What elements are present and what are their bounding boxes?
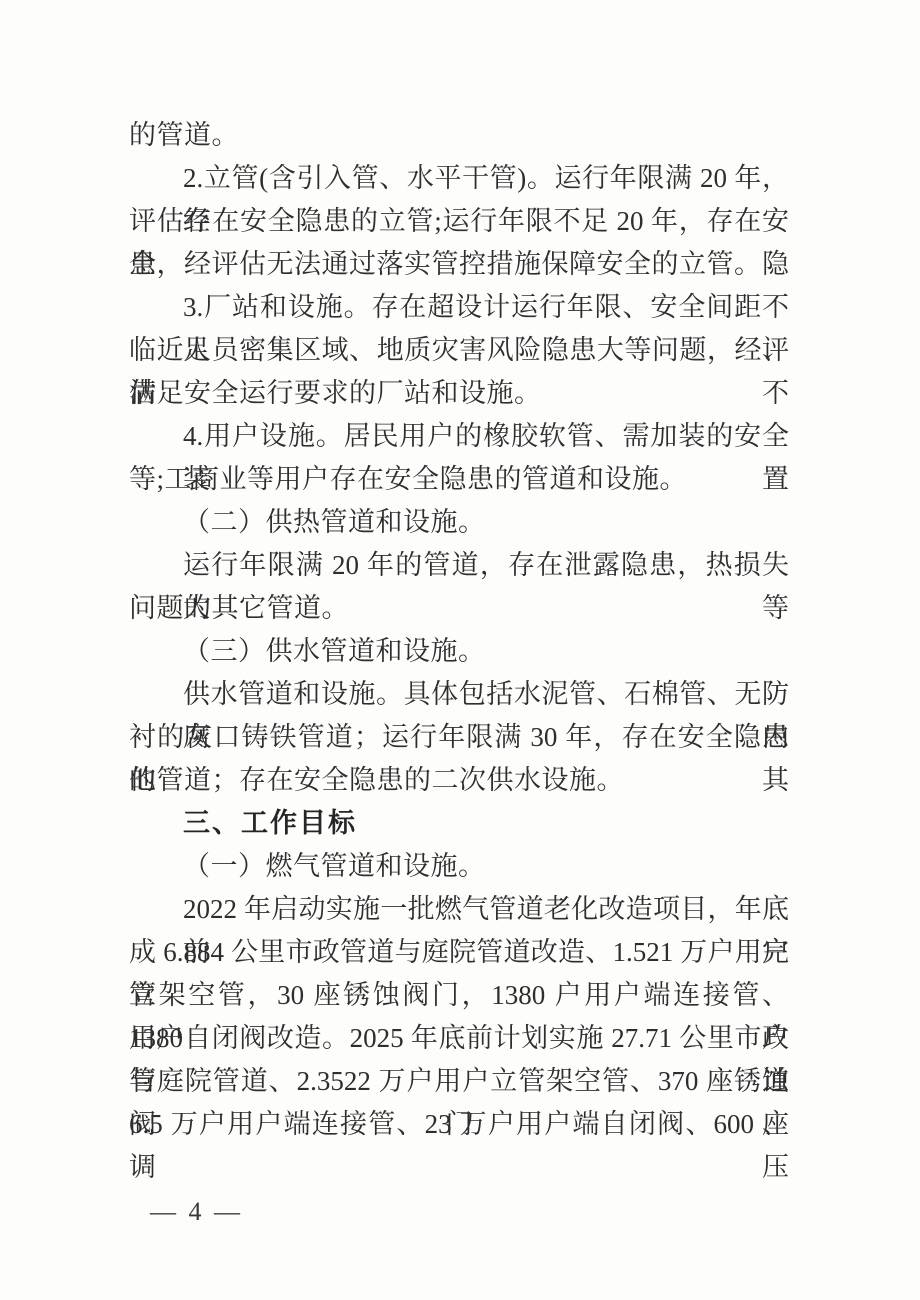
text-line: 用户自闭阀改造。2025 年底前计划实施 27.71 公里市政管道 bbox=[129, 1017, 789, 1060]
text-line: 6.5 万户用户端连接管、23 万户用户端自闭阀、600 座调压 bbox=[129, 1103, 789, 1146]
page-number: — 4 — bbox=[150, 1197, 243, 1227]
document-body: 的管道。 2.立管(含引入管、水平干管)。运行年限满 20 年，经 评估存在安全… bbox=[129, 114, 789, 1146]
text-line: 衬的灰口铸铁管道；运行年限满 30 年，存在安全隐患的其 bbox=[129, 716, 789, 759]
document-page: 的管道。 2.立管(含引入管、水平干管)。运行年限满 20 年，经 评估存在安全… bbox=[0, 0, 920, 1300]
text-line: 成 6.884 公里市政管道与庭院管道改造、1.521 万户用户立 bbox=[129, 931, 789, 974]
subsection-heading: （一）燃气管道和设施。 bbox=[129, 845, 789, 888]
section-heading: 三、工作目标 bbox=[129, 802, 789, 845]
text-line: 3.厂站和设施。存在超设计运行年限、安全间距不足、 bbox=[129, 286, 789, 329]
text-line: 供水管道和设施。具体包括水泥管、石棉管、无防腐内 bbox=[129, 673, 789, 716]
text-line: 2022 年启动实施一批燃气管道老化改造项目，年底前完 bbox=[129, 888, 789, 931]
text-line: 临近人员密集区域、地质灾害风险隐患大等问题，经评估不 bbox=[129, 329, 789, 372]
subsection-heading: （二）供热管道和设施。 bbox=[129, 501, 789, 544]
text-line: 2.立管(含引入管、水平干管)。运行年限满 20 年，经 bbox=[129, 157, 789, 200]
subsection-heading: （三）供水管道和设施。 bbox=[129, 630, 789, 673]
text-line: 与庭院管道、2.3522 万户用户立管架空管、370 座锈蚀阀门、 bbox=[129, 1060, 789, 1103]
text-line: 患，经评估无法通过落实管控措施保障安全的立管。 bbox=[129, 243, 789, 286]
text-line: 的管道。 bbox=[129, 114, 789, 157]
text-line: 管架空管，30 座锈蚀阀门，1380 户用户端连接管、1380 户 bbox=[129, 974, 789, 1017]
text-line: 运行年限满 20 年的管道，存在泄露隐患，热损失大等 bbox=[129, 544, 789, 587]
text-line: 评估存在安全隐患的立管;运行年限不足 20 年，存在安全隐 bbox=[129, 200, 789, 243]
text-line: 4.用户设施。居民用户的橡胶软管、需加装的安全装置 bbox=[129, 415, 789, 458]
